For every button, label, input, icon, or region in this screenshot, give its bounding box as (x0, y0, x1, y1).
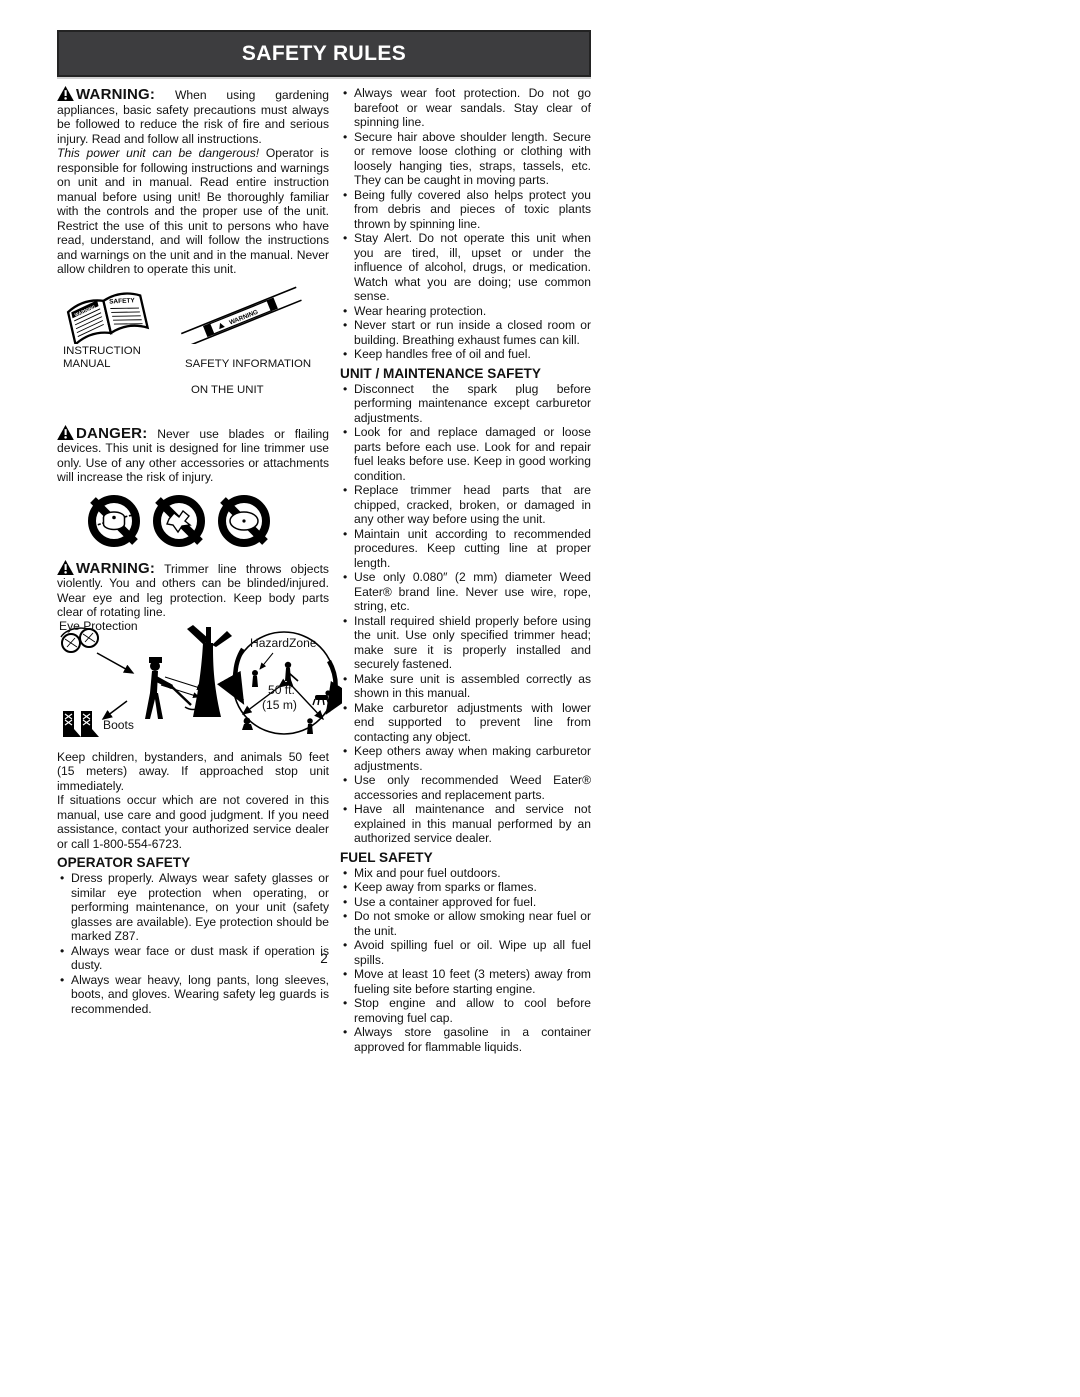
list-item: Use only 0.080″ (2 mm) diameter Weed Eat… (340, 570, 591, 614)
list-item: Keep away from sparks or flames. (340, 880, 591, 895)
list-item: Being fully covered also helps protect y… (340, 188, 591, 232)
list-item: Use a container approved for fuel. (340, 895, 591, 910)
manual-page: SAFETY RULES WARNING: When using gardeni… (57, 30, 591, 1054)
tree-figure (187, 625, 232, 717)
page-title: SAFETY RULES (242, 42, 406, 66)
operator-responsibility-text: Operator is responsible for following in… (57, 146, 329, 276)
page-number: 2 (57, 951, 591, 966)
list-item: Do not smoke or allow smoking near fuel … (340, 909, 591, 938)
warning-triangle-icon (57, 86, 74, 101)
operator-safety-list-continued: Always wear foot protection. Do not go b… (340, 86, 591, 362)
operator-figure (145, 657, 201, 719)
list-item: Make carburetor adjustments with lower e… (340, 701, 591, 745)
instruction-manual-icon: WARNING SAFETY (57, 286, 161, 344)
hazard-center-figure (285, 661, 298, 680)
list-item: Wear hearing protection. (340, 304, 591, 319)
boots-icon (63, 711, 99, 737)
list-item: Mix and pour fuel outdoors. (340, 866, 591, 881)
operator-safety-heading: OPERATOR SAFETY (57, 855, 329, 870)
italic-lead: This power unit can be dangerous! (57, 146, 259, 160)
list-item: Always wear heavy, long pants, long slee… (57, 973, 329, 1017)
list-item: Keep handles free of oil and fuel. (340, 347, 591, 362)
list-item: Dress properly. Always wear safety glass… (57, 871, 329, 944)
figure1-captions: INSTRUCTION MANUAL SAFETY INFORMATION ON… (57, 345, 329, 410)
eye-protection-label: Eye Protection (59, 619, 138, 634)
list-item: Replace trimmer head parts that are chip… (340, 483, 591, 527)
list-item: Install required shield properly before … (340, 614, 591, 672)
keep-away-paragraph: Keep children, bystanders, and animals 5… (57, 750, 329, 794)
list-item: Use only recommended Weed Eater® accesso… (340, 773, 591, 802)
list-item: Always store gasoline in a container app… (340, 1025, 591, 1054)
list-item: Always wear foot protection. Do not go b… (340, 86, 591, 130)
figure-hazard-zone: Eye Protection Boots HazardZone 50 ft. (… (57, 621, 342, 748)
child-figure (307, 718, 313, 734)
list-item: Make sure unit is assembled correctly as… (340, 672, 591, 701)
column-gutter (329, 86, 340, 1054)
list-item: Secure hair above shoulder length. Secur… (340, 130, 591, 188)
no-trimmer-spool-icon (87, 494, 141, 548)
caption-safety-information: SAFETY INFORMATION ON THE UNIT (185, 345, 311, 410)
warning-label: WARNING: (76, 86, 155, 103)
distance-meters-label: (15 m) (262, 698, 297, 713)
danger-notice-paragraph: This power unit can be dangerous! Operat… (57, 146, 329, 277)
boots-label: Boots (103, 718, 134, 733)
list-item: Have all maintenance and service not exp… (340, 802, 591, 846)
warning-paragraph-2: WARNING: Trimmer line throws objects vio… (57, 560, 329, 620)
distance-feet-label: 50 ft. (268, 683, 295, 698)
dog-figure (313, 690, 331, 705)
right-column: Always wear foot protection. Do not go b… (340, 86, 591, 1054)
list-item: Never start or run inside a closed room … (340, 318, 591, 347)
unit-maintenance-safety-list: Disconnect the spark plug before perform… (340, 382, 591, 846)
keep-away-arrow-left (235, 649, 243, 701)
list-item: Maintain unit according to recommended p… (340, 527, 591, 571)
page-header-bar: SAFETY RULES (57, 30, 591, 77)
list-item: Look for and replace damaged or loose pa… (340, 425, 591, 483)
list-item: Stay Alert. Do not operate this unit whe… (340, 231, 591, 304)
pet-figure (242, 717, 253, 729)
operator-safety-list: Dress properly. Always wear safety glass… (57, 871, 329, 1016)
list-item: Stop engine and allow to cool before rem… (340, 996, 591, 1025)
list-item: Move at least 10 feet (3 meters) away fr… (340, 967, 591, 996)
caption-instruction-manual: INSTRUCTION MANUAL (63, 345, 163, 410)
prohibited-attachments-icons (87, 494, 329, 548)
figure-manual-and-label: WARNING SAFETY (57, 286, 329, 344)
unit-maintenance-safety-heading: UNIT / MAINTENANCE SAFETY (340, 366, 591, 381)
list-item: Disconnect the spark plug before perform… (340, 382, 591, 426)
hazard-zone-label: HazardZone (250, 636, 317, 651)
warning-paragraph-1: WARNING: When using gardening appliances… (57, 86, 329, 146)
good-judgment-paragraph: If situations occur which are not covere… (57, 793, 329, 851)
danger-triangle-icon (57, 425, 74, 440)
warning-label: WARNING: (76, 560, 155, 577)
svg-text:SAFETY: SAFETY (109, 297, 136, 305)
warning-triangle-icon (57, 560, 74, 575)
left-column: WARNING: When using gardening appliances… (57, 86, 329, 1054)
no-flail-blade-icon (152, 494, 206, 548)
no-saw-blade-icon (217, 494, 271, 548)
fuel-safety-heading: FUEL SAFETY (340, 850, 591, 865)
two-column-layout: WARNING: When using gardening appliances… (57, 86, 591, 1054)
bystander-figure (252, 670, 258, 687)
danger-label: DANGER: (76, 425, 147, 442)
danger-paragraph: DANGER: Never use blades or flailing dev… (57, 425, 329, 485)
safety-label-on-unit-icon: WARNING (171, 286, 311, 344)
list-item: Keep others away when making carburetor … (340, 744, 591, 773)
